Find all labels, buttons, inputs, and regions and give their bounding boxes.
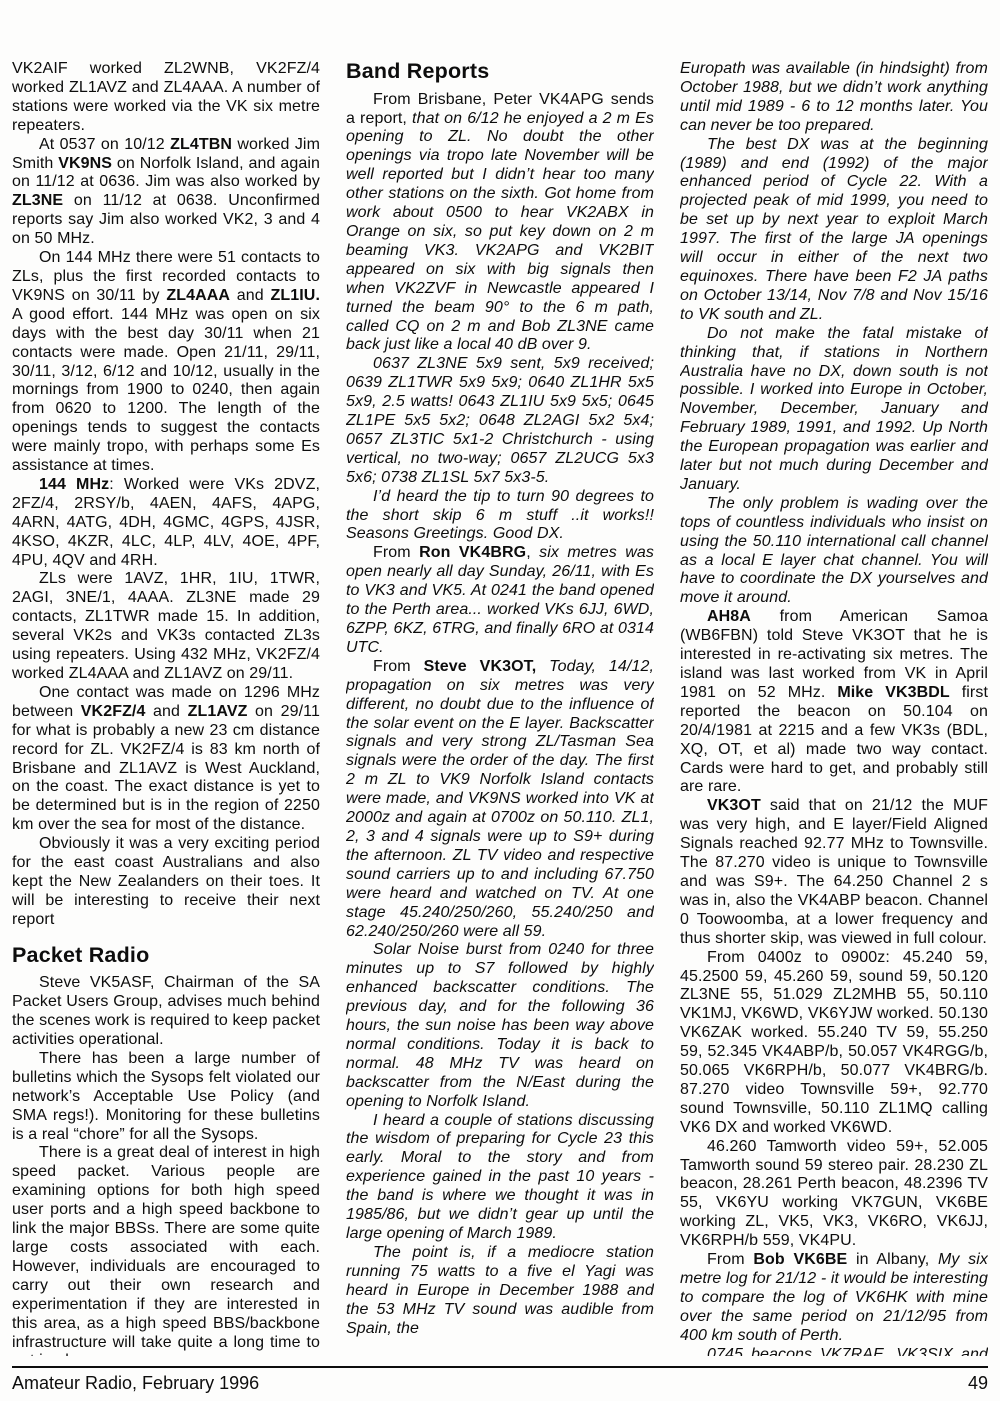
- text-segment: Bob VK6BE: [753, 1251, 847, 1268]
- text-segment: ,: [526, 544, 539, 561]
- paragraph: From Ron VK4BRG, six metres was open nea…: [346, 544, 654, 657]
- paragraph: Europath was available (in hindsight) fr…: [680, 60, 988, 136]
- page-footer: Amateur Radio, February 1996 49: [12, 1366, 988, 1394]
- paragraph: There is a great deal of interest in hig…: [12, 1144, 320, 1356]
- text-segment: From: [373, 658, 424, 675]
- text-segment: VK3OT: [707, 797, 761, 814]
- paragraph: 46.260 Tamworth video 59+, 52.005 Tamwor…: [680, 1138, 988, 1251]
- paragraph: Do not make the fatal mistake of thinkin…: [680, 325, 988, 495]
- text-segment: 0637 ZL3NE 5x9 sent, 5x9 received; 0639 …: [346, 355, 654, 485]
- text-segment: ZL4TBN: [170, 136, 232, 153]
- text-segment: ZL3NE: [12, 192, 63, 209]
- text-segment: A good effort. 144 MHz was open on six d…: [12, 306, 320, 474]
- paragraph: At 0537 on 10/12 ZL4TBN worked Jim Smith…: [12, 136, 320, 249]
- text-segment: Steve VK5ASF, Chairman of the SA Packet …: [12, 974, 320, 1048]
- text-segment: on 29/11 for what is probably a new 23 c…: [12, 703, 320, 833]
- text-segment: I heard a couple of stations discussing …: [346, 1112, 654, 1242]
- paragraph: From Steve VK3OT, Today, 14/12, propagat…: [346, 658, 654, 942]
- text-segment: 144 MHz: [39, 476, 109, 493]
- text-segment: Solar Noise burst from 0240 for three mi…: [346, 941, 654, 1109]
- text-segment: From 0400z to 0900z: 45.240 59, 45.2500 …: [680, 949, 988, 1136]
- paragraph: I’d heard the tip to turn 90 degrees to …: [346, 488, 654, 545]
- column-left: VK2AIF worked ZL2WNB, VK2FZ/4 worked ZL1…: [12, 60, 320, 1356]
- text-segment: From: [707, 1251, 753, 1268]
- text-segment: ZL1AVZ: [188, 703, 248, 720]
- paragraph: The best DX was at the beginning (1989) …: [680, 136, 988, 325]
- text-segment: The only problem is wading over the tops…: [680, 495, 988, 607]
- text-segment: [536, 658, 549, 675]
- column-right: Europath was available (in hindsight) fr…: [680, 60, 988, 1356]
- journal-title: Amateur Radio, February 1996: [12, 1373, 259, 1394]
- paragraph: Obviously it was a very exciting period …: [12, 835, 320, 930]
- paragraph: From Bob VK6BE in Albany, My six metre l…: [680, 1251, 988, 1346]
- text-segment: At 0537 on 10/12: [39, 136, 170, 153]
- text-segment: The point is, if a mediocre station runn…: [346, 1244, 654, 1337]
- magazine-page: VK2AIF worked ZL2WNB, VK2FZ/4 worked ZL1…: [0, 0, 1000, 1401]
- text-segment: Do not make the fatal mistake of thinkin…: [680, 325, 988, 493]
- text-segment: 0745 beacons VK7RAE, VK3SIX and VK2RHV (…: [680, 1346, 988, 1356]
- text-segment: ZL1IU.: [271, 287, 321, 304]
- text-segment: and: [145, 703, 187, 720]
- text-segment: said that on 21/12 the MUF was very high…: [680, 797, 988, 946]
- text-segment: The best DX was at the beginning (1989) …: [680, 136, 988, 323]
- text-segment: in Albany,: [847, 1251, 938, 1268]
- text-segment: and: [230, 287, 270, 304]
- text-segment: Steve VK3OT,: [424, 658, 537, 675]
- paragraph: VK3OT said that on 21/12 the MUF was ver…: [680, 797, 988, 948]
- text-segment: Today, 14/12, propagation on six metres …: [346, 658, 654, 940]
- text-segment: VK9NS: [58, 155, 112, 172]
- paragraph: 144 MHz: Worked were VKs 2DVZ, 2FZ/4, 2R…: [12, 476, 320, 571]
- text-segment: I’d heard the tip to turn 90 degrees to …: [346, 488, 654, 543]
- text-segment: Mike VK3BDL: [837, 684, 949, 701]
- paragraph: 0637 ZL3NE 5x9 sent, 5x9 received; 0639 …: [346, 355, 654, 487]
- text-segment: Europath was available (in hindsight) fr…: [680, 60, 988, 134]
- paragraph: I heard a couple of stations discussing …: [346, 1112, 654, 1244]
- paragraph: The only problem is wading over the tops…: [680, 495, 988, 608]
- paragraph: ZLs were 1AVZ, 1HR, 1IU, 1TWR, 2AGI, 3NE…: [12, 570, 320, 683]
- paragraph: Steve VK5ASF, Chairman of the SA Packet …: [12, 974, 320, 1050]
- column-middle: Band ReportsFrom Brisbane, Peter VK4APG …: [346, 60, 654, 1356]
- text-segment: From: [373, 544, 419, 561]
- paragraph: Solar Noise burst from 0240 for three mi…: [346, 941, 654, 1111]
- section-heading: Packet Radio: [12, 944, 320, 968]
- paragraph: From 0400z to 0900z: 45.240 59, 45.2500 …: [680, 949, 988, 1138]
- paragraph: VK2AIF worked ZL2WNB, VK2FZ/4 worked ZL1…: [12, 60, 320, 136]
- paragraph: The point is, if a mediocre station runn…: [346, 1244, 654, 1339]
- paragraph: AH8A from American Samoa (WB6FBN) told S…: [680, 608, 988, 797]
- text-segment: VK2FZ/4: [81, 703, 146, 720]
- page-number: 49: [968, 1373, 988, 1394]
- paragraph: 0745 beacons VK7RAE, VK3SIX and VK2RHV (…: [680, 1346, 988, 1356]
- text-segment: 46.260 Tamworth video 59+, 52.005 Tamwor…: [680, 1138, 988, 1250]
- text-segment: There has been a large number of bulleti…: [12, 1050, 320, 1143]
- section-heading: Band Reports: [346, 60, 654, 84]
- paragraph: On 144 MHz there were 51 contacts to ZLs…: [12, 249, 320, 476]
- text-segment: that on 6/12 he enjoyed a 2 m Es opening…: [346, 110, 654, 354]
- article-columns: VK2AIF worked ZL2WNB, VK2FZ/4 worked ZL1…: [12, 60, 988, 1356]
- paragraph: There has been a large number of bulleti…: [12, 1050, 320, 1145]
- text-segment: ZLs were 1AVZ, 1HR, 1IU, 1TWR, 2AGI, 3NE…: [12, 570, 320, 682]
- text-segment: AH8A: [707, 608, 751, 625]
- text-segment: There is a great deal of interest in hig…: [12, 1144, 320, 1356]
- text-segment: Ron VK4BRG: [419, 544, 526, 561]
- paragraph: From Brisbane, Peter VK4APG sends a repo…: [346, 91, 654, 356]
- paragraph: One contact was made on 1296 MHz between…: [12, 684, 320, 835]
- text-segment: VK2AIF worked ZL2WNB, VK2FZ/4 worked ZL1…: [12, 60, 320, 134]
- text-segment: ZL4AAA: [166, 287, 230, 304]
- text-segment: Obviously it was a very exciting period …: [12, 835, 320, 928]
